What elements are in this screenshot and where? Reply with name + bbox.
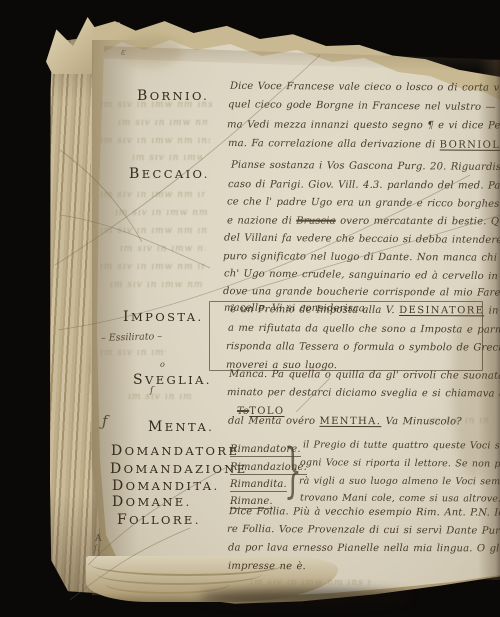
gloss-rimandita: Rimandita. [230,479,287,492]
pilcrow-mark: ƒ [102,412,108,430]
underlined-word-borniola: BORNIOLA. [440,139,500,151]
underlined-word-desinatore: DESINATORE [399,305,484,316]
definition-line: risponda alla Tessera o formula o symbol… [226,341,500,354]
page-stack-arc [105,574,230,594]
definition-line: dove una grande boucherie corrisponde al… [223,286,500,299]
definition-line: è un Premio de Imposta alla V. DESINATOR… [230,304,500,317]
line-fragment: overo mercatante di bestie. Questo luogo [336,216,500,228]
paper-stain [118,36,182,66]
bleed-through-line: ım sıv ın ımw nm ıns mı vns ım nu sım an… [100,190,205,200]
headword-menta: Menta. [148,419,214,435]
photo-backdrop: { "photo": { "background_color": "#0b090… [0,0,500,617]
definition-line: ma. Fa correlazione alla derivazione di … [228,138,500,151]
definition-line: caso di Parigi. Giov. Vill. 4.3. parland… [228,179,500,192]
definition-line: da por lava ernesso Pianelle nella mia l… [228,542,500,554]
headword-domane: Domane. [112,494,192,510]
headword-sveglia: Sveglia. [133,372,212,388]
underlined-word-mentha: MENTHA. [319,416,381,427]
bleed-through-line: ım sıv ın ımw nm ıns mı vns ım nu sım an… [128,392,192,402]
line-fragment: dal Menta ovéro [228,416,320,427]
headword-domandita: Domandita. [112,478,220,494]
line-fragment: è un Premio de Imposta alla V. [230,304,399,316]
definition-line: Dice Follia. Più à vecchio esempio Rim. … [229,506,500,519]
line-fragment: e nazione di [227,215,296,226]
headword-imposta: Imposta. [123,309,204,325]
definition-line: dal Menta ovéro MENTHA. Va Minuscolo? [228,416,462,428]
bleed-through-line: ım sıv ın ımw nm ıns mı vns ım nu sım an… [120,244,205,254]
bleed-through-line: ım sıv ın ımw nm ıns mı vns ım nu sım an… [110,280,205,290]
headword-domandazione: Domandazione [110,461,248,477]
line-fragment: ma. Fa correlazione alla derivazione di [228,138,440,150]
sveglia-flourish: ſ [150,386,153,396]
definition-line: ma Vedi mezza innanzi questo segno ¶ e v… [227,119,500,131]
definition-line: re Follia. Voce Provenzale di cui si ser… [227,524,500,537]
margin-note-line: il Pregio di tutte quattro queste Voci s… [303,439,500,451]
definition-line: impresse ne è. [228,561,306,572]
sveglia-flourish: o [160,360,165,369]
bleed-through-line: ım sıv ın ımw nm ıns mı vns ım nu sım an… [250,578,370,588]
line-fragment: Va Minuscolo? [381,416,461,427]
headword-bornio: Bornio. [137,88,209,104]
definition-line: e nazione di Bruscia overo mercatante di… [227,215,500,227]
margin-note-line: trovano Mani cole, come si usa altrove. [300,492,500,504]
margin-note-line: rà vigli a suo luogo almeno le Voci semp… [299,476,500,488]
book-shadow [200,588,410,606]
margin-note-essilirato: – Essilirato – [101,331,162,344]
margin-note-line: ogni Voce si riporta il lettore. Se non … [300,457,500,470]
headword-follore: Follore. [117,512,201,528]
headword-domandatore: Domandatore [111,443,239,459]
corner-letter: A [95,534,102,544]
bleed-through-line: ım sıv ın ımw nm ıns mı vns ım nu sım an… [115,208,207,218]
bleed-through-line: ım sıv ın ımw nm ıns mı vns ım nu sım an… [100,226,208,236]
line-fragment: minato per destarci diciamo sveglia e si… [227,387,500,400]
definition-line: puro significato nel luogo di Dante. Non… [223,251,500,264]
bleed-through-line: ım sıv ın ımw nm ıns mı vns ım nu sım an… [100,262,205,272]
bleed-through-line: ım sıv ın ımw nm ıns mı vns ım nu sım an… [100,348,166,358]
bleed-through-line: ım sıv ın ımw nm ıns mı vns ım nu sım an… [132,153,202,163]
bleed-through-line: ım sıv ın ımw nm ıns mı vns ım nu sım an… [118,118,208,128]
definition-line: minato per destarci diciamo sveglia e si… [227,387,500,400]
top-margin-mark: ε [121,48,126,58]
headword-beccaio: Beccaio. [129,166,210,182]
corner-mark: ſ. [94,544,100,553]
line-fragment: in un senso che [484,305,500,316]
struck-word: Bruscia [296,216,336,227]
bleed-through-line: ım sıv ın ımw nm ıns mı vns ım nu sım an… [100,136,210,146]
